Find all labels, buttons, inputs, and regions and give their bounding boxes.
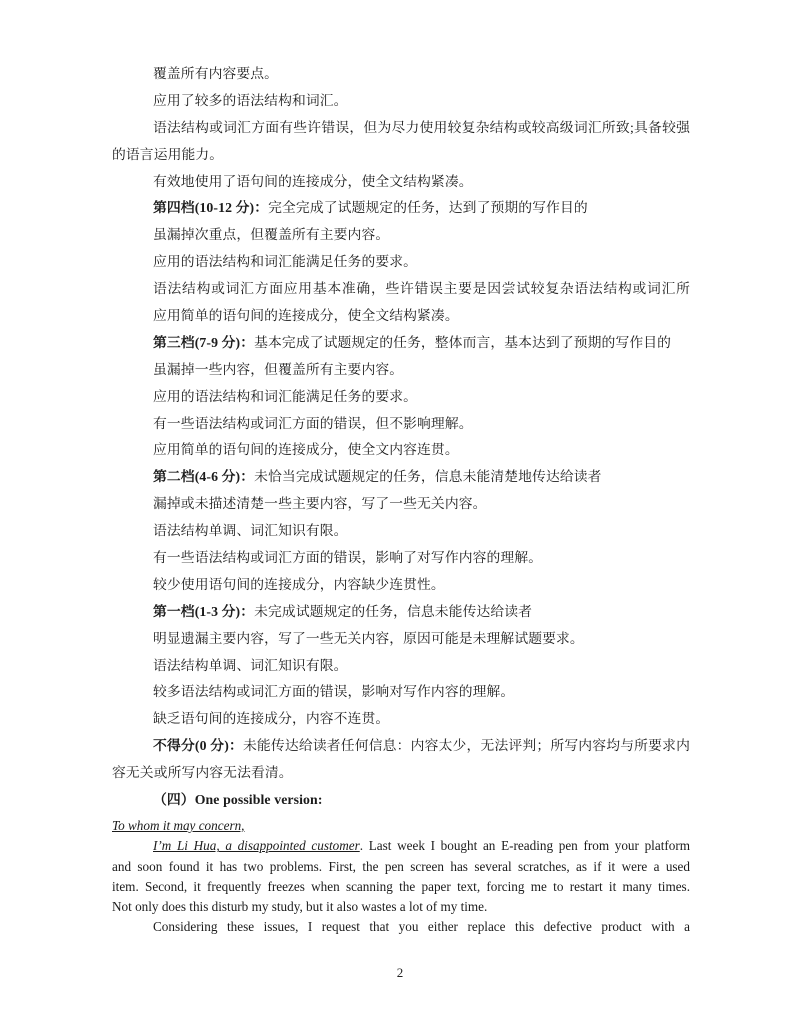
- text-run: 的语言运用能力。: [112, 147, 223, 162]
- rubric-line: 覆盖所有内容要点。: [112, 61, 690, 88]
- text-run: 有一些语法结构或词汇方面的错误，影响了对写作内容的理解。: [153, 550, 542, 565]
- text-run: 应用的语法结构和词汇能满足任务的要求。: [153, 254, 417, 269]
- text-run: and soon found it has two problems. Firs…: [112, 859, 690, 874]
- text-run: 第四档(10-12 分)：: [153, 200, 268, 215]
- text-run: 基本完成了试题规定的任务，整体而言，基本达到了预期的写作目的: [254, 335, 671, 350]
- text-run: 较少使用语句间的连接成分，内容缺少连贯性。: [153, 577, 445, 592]
- rubric-line: （四）One possible version:: [112, 787, 690, 814]
- rubric-line: 漏掉或未描述清楚一些主要内容，写了一些无关内容。: [112, 491, 690, 518]
- letter-line: Not only does this disturb my study, but…: [112, 897, 690, 917]
- page-number: 2: [0, 965, 800, 981]
- text-run: 完全完成了试题规定的任务，达到了预期的写作目的: [268, 200, 588, 215]
- text-run: 有效地使用了语句间的连接成分，使全文结构紧凑。: [153, 174, 473, 189]
- rubric-line: 应用了较多的语法结构和词汇。: [112, 88, 690, 115]
- text-run: 漏掉或未描述清楚一些主要内容，写了一些无关内容。: [153, 496, 487, 511]
- text-run: . Last week I bought an E-reading pen fr…: [360, 838, 690, 853]
- rubric-line: 虽漏掉一些内容，但覆盖所有主要内容。: [112, 357, 690, 384]
- rubric-line: 虽漏掉次重点，但覆盖所有主要内容。: [112, 222, 690, 249]
- text-run: 语法结构单调、词汇知识有限。: [153, 658, 348, 673]
- rubric-line: 明显遗漏主要内容，写了一些无关内容，原因可能是未理解试题要求。: [112, 626, 690, 653]
- rubric-line: 应用的语法结构和词汇能满足任务的要求。: [112, 249, 690, 276]
- text-run: To whom it may concern,: [112, 818, 244, 833]
- rubric-line: 第四档(10-12 分)：完全完成了试题规定的任务，达到了预期的写作目的: [112, 195, 690, 222]
- text-run: 第一档(1-3 分)：: [153, 604, 254, 619]
- rubric-line: 第一档(1-3 分)：未完成试题规定的任务，信息未能传达给读者: [112, 599, 690, 626]
- text-run: One possible version:: [195, 792, 323, 807]
- letter-line: I’m Li Hua, a disappointed customer. Las…: [112, 836, 690, 856]
- rubric-line: 语法结构单调、词汇知识有限。: [112, 518, 690, 545]
- text-run: 覆盖所有内容要点。: [153, 66, 278, 81]
- text-run: Not only does this disturb my study, but…: [112, 899, 487, 914]
- sample-letter-section: To whom it may concern,I’m Li Hua, a dis…: [112, 816, 690, 938]
- letter-line: and soon found it has two problems. Firs…: [112, 857, 690, 877]
- rubric-line: 应用简单的语句间的连接成分，使全文内容连贯。: [112, 437, 690, 464]
- text-run: 较多语法结构或词汇方面的错误，影响对写作内容的理解。: [153, 684, 514, 699]
- text-run: Considering these issues, I request that…: [153, 919, 690, 934]
- rubric-line: 较多语法结构或词汇方面的错误，影响对写作内容的理解。: [112, 679, 690, 706]
- rubric-line: 第二档(4-6 分)：未恰当完成试题规定的任务，信息未能清楚地传达给读者: [112, 464, 690, 491]
- text-run: 有一些语法结构或词汇方面的错误，但不影响理解。: [153, 416, 473, 431]
- text-run: 未能传达给读者任何信息：内容太少，无法评判；所写内容均与所要求内: [243, 738, 690, 753]
- rubric-line: 语法结构或词汇方面有些许错误，但为尽力使用较复杂结构或较高级词汇所致;具备较强: [112, 115, 690, 142]
- text-run: 虽漏掉次重点，但覆盖所有主要内容。: [153, 227, 389, 242]
- text-run: 应用了较多的语法结构和词汇。: [153, 93, 348, 108]
- text-run: 缺乏语句间的连接成分，内容不连贯。: [153, 711, 389, 726]
- letter-line: item. Second, it frequently freezes when…: [112, 877, 690, 897]
- text-run: 应用的语法结构和词汇能满足任务的要求。: [153, 389, 417, 404]
- text-run: 容无关或所写内容无法看清。: [112, 765, 293, 780]
- text-run: （四）: [153, 792, 195, 807]
- rubric-line: 应用简单的语句间的连接成分，使全文结构紧凑。: [112, 303, 690, 330]
- rubric-line: 有一些语法结构或词汇方面的错误，但不影响理解。: [112, 411, 690, 438]
- rubric-line: 不得分(0 分)：未能传达给读者任何信息：内容太少，无法评判；所写内容均与所要求…: [112, 733, 690, 760]
- document-page: 覆盖所有内容要点。应用了较多的语法结构和词汇。语法结构或词汇方面有些许错误，但为…: [0, 0, 800, 1035]
- text-run: 语法结构或词汇方面有些许错误，但为尽力使用较复杂结构或较高级词汇所致;具备较强: [153, 120, 690, 135]
- rubric-line: 较少使用语句间的连接成分，内容缺少连贯性。: [112, 572, 690, 599]
- text-run: item. Second, it frequently freezes when…: [112, 879, 690, 894]
- letter-line: Considering these issues, I request that…: [112, 917, 690, 937]
- rubric-line: 有效地使用了语句间的连接成分，使全文结构紧凑。: [112, 169, 690, 196]
- text-run: 语法结构或词汇方面应用基本准确，些许错误主要是因尝试较复杂语法结构或词汇所致。: [153, 281, 690, 303]
- rubric-line: 语法结构或词汇方面应用基本准确，些许错误主要是因尝试较复杂语法结构或词汇所致。: [112, 276, 690, 303]
- rubric-line: 有一些语法结构或词汇方面的错误，影响了对写作内容的理解。: [112, 545, 690, 572]
- text-run: 语法结构单调、词汇知识有限。: [153, 523, 348, 538]
- rubric-line: 语法结构单调、词汇知识有限。: [112, 653, 690, 680]
- text-run: 未恰当完成试题规定的任务，信息未能清楚地传达给读者: [254, 469, 601, 484]
- rubric-line: 容无关或所写内容无法看清。: [112, 760, 690, 787]
- letter-line: To whom it may concern,: [112, 816, 690, 836]
- text-run: 明显遗漏主要内容，写了一些无关内容，原因可能是未理解试题要求。: [153, 631, 584, 646]
- scoring-rubric-section: 覆盖所有内容要点。应用了较多的语法结构和词汇。语法结构或词汇方面有些许错误，但为…: [112, 61, 690, 814]
- text-run: 应用简单的语句间的连接成分，使全文结构紧凑。: [153, 308, 459, 323]
- text-run: I’m Li Hua, a disappointed customer: [153, 838, 360, 853]
- rubric-line: 的语言运用能力。: [112, 142, 690, 169]
- text-run: 第二档(4-6 分)：: [153, 469, 254, 484]
- rubric-line: 第三档(7-9 分)：基本完成了试题规定的任务，整体而言，基本达到了预期的写作目…: [112, 330, 690, 357]
- text-run: 虽漏掉一些内容，但覆盖所有主要内容。: [153, 362, 403, 377]
- rubric-line: 应用的语法结构和词汇能满足任务的要求。: [112, 384, 690, 411]
- text-run: 不得分(0 分)：: [153, 738, 243, 753]
- text-run: 未完成试题规定的任务，信息未能传达给读者: [254, 604, 532, 619]
- text-run: 第三档(7-9 分)：: [153, 335, 254, 350]
- text-run: 应用简单的语句间的连接成分，使全文内容连贯。: [153, 442, 459, 457]
- rubric-line: 缺乏语句间的连接成分，内容不连贯。: [112, 706, 690, 733]
